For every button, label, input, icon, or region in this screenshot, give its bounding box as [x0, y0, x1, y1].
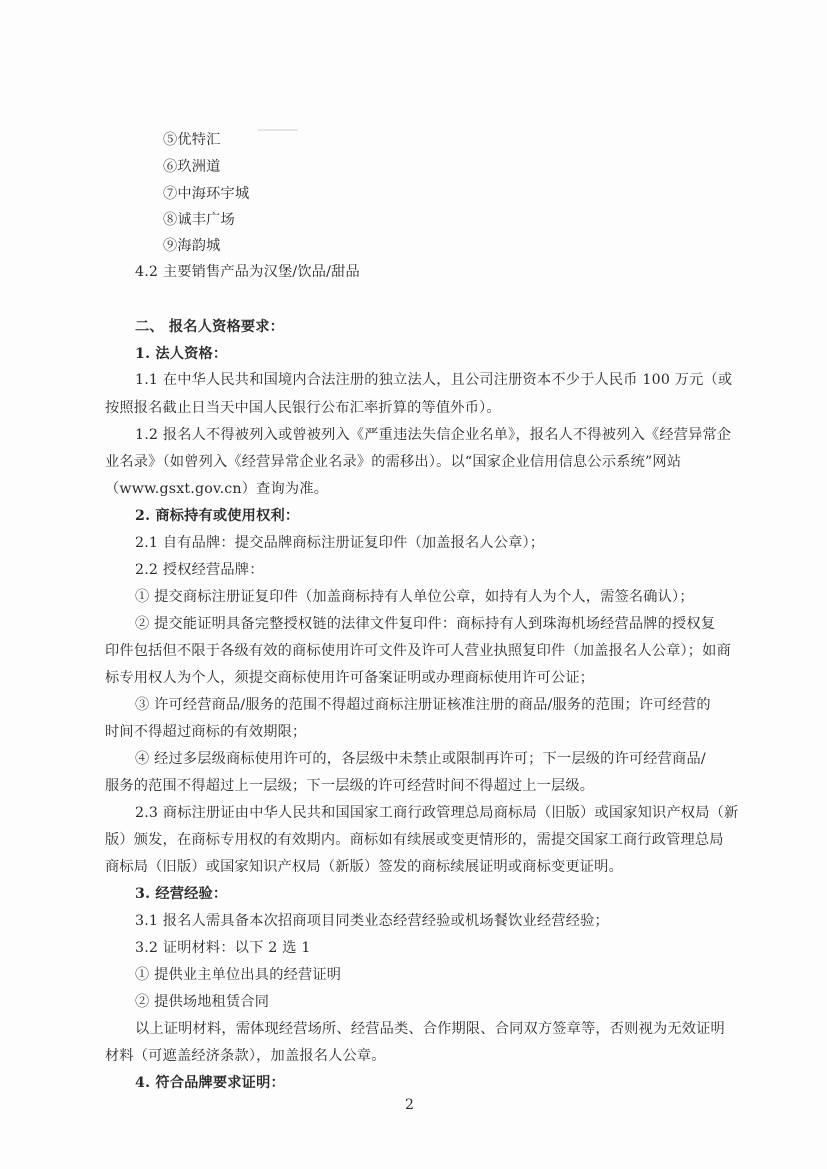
list-item: ⑤优特汇 — [163, 130, 221, 150]
paragraph-1-1-cont: 按照报名截止日当天中国人民银行公布汇率折算的等值外币）。 — [105, 398, 501, 418]
page-number: 2 — [405, 1097, 414, 1113]
scan-artifact — [258, 129, 298, 131]
paragraph-2-2: 2.2 授权经营品牌： — [135, 560, 264, 580]
list-item: ⑦中海环宇城 — [163, 184, 249, 204]
paragraph-3-1: 3.1 报名人需具备本次招商项目同类业态经营经验或机场餐饮业经营经验； — [135, 911, 609, 931]
paragraph-2-2-item-2-cont: 印件包括但不限于各级有效的商标使用许可文件及许可人营业执照复印件（加盖报名人公章… — [105, 641, 731, 661]
paragraph-2-2-item-4-cont: 服务的范围不得超过上一层级；下一层级的许可经营时间不得超过上一层级。 — [105, 776, 594, 796]
paragraph-2-1: 2.1 自有品牌：提交品牌商标注册证复印件（加盖报名人公章）； — [135, 533, 544, 553]
paragraph-1-1: 1.1 在中华人民共和国境内合法注册的独立法人，且公司注册资本不少于人民币 10… — [135, 370, 732, 390]
list-item: ⑧诚丰广场 — [163, 210, 235, 230]
paragraph-2-3-cont: 商标局（旧版）或国家知识产权局（新版）签发的商标续展证明或商标变更证明。 — [105, 857, 623, 877]
paragraph-3-note: 以上证明材料，需体现经营场所、经营品类、合作期限、合同双方签章等，否则视为无效证… — [135, 1019, 725, 1039]
subsection-heading: 1. 法人资格： — [135, 344, 227, 364]
paragraph-3-2-item-1: ① 提供业主单位出具的经营证明 — [135, 965, 341, 985]
paragraph-2-2-item-1: ① 提交商标注册证复印件（加盖商标持有人单位公章，如持有人为个人，需签名确认）； — [135, 587, 694, 607]
paragraph-1-2-cont: （www.gsxt.gov.cn）查询为准。 — [105, 479, 328, 499]
paragraph-4-2: 4.2 主要销售产品为汉堡/饮品/甜品 — [135, 262, 360, 282]
paragraph-2-2-item-3: ③ 许可经营商品/服务的范围不得超过商标注册证核准注册的商品/服务的范围；许可经… — [135, 695, 711, 715]
paragraph-1-2: 1.2 报名人不得被列入或曾被列入《严重违法失信企业名单》，报名人不得被列入《经… — [135, 425, 731, 445]
section-heading: 二、 报名人资格要求： — [135, 317, 284, 337]
paragraph-3-2-item-2: ② 提供场地租赁合同 — [135, 992, 269, 1012]
paragraph-2-2-item-3-cont: 时间不得超过商标的有效期限； — [105, 722, 306, 742]
document-page: ⑤优特汇 ⑥玖洲道 ⑦中海环宇城 ⑧诚丰广场 ⑨海韵城 4.2 主要销售产品为汉… — [0, 0, 827, 1169]
paragraph-2-2-item-4: ④ 经过多层级商标使用许可的，各层级中未禁止或限制再许可；下一层级的许可经营商品… — [135, 749, 706, 769]
subsection-heading: 4. 符合品牌要求证明： — [135, 1073, 285, 1093]
paragraph-1-2-cont: 业名录》（如曾列入《经营异常企业名录》的需移出）。以“国家企业信用信息公示系统”… — [105, 452, 681, 472]
subsection-heading: 2. 商标持有或使用权利： — [135, 506, 299, 526]
list-item: ⑨海韵城 — [163, 236, 221, 256]
list-item: ⑥玖洲道 — [163, 157, 221, 177]
paragraph-3-note-cont: 材料（可遮盖经济条款），加盖报名人公章。 — [105, 1046, 386, 1066]
paragraph-2-2-item-2: ② 提交能证明具备完整授权链的法律文件复印件：商标持有人到珠海机场经营品牌的授权… — [135, 614, 715, 634]
subsection-heading: 3. 经营经验： — [135, 884, 227, 904]
paragraph-3-2: 3.2 证明材料：以下 2 选 1 — [135, 938, 311, 958]
paragraph-2-2-item-2-cont: 标专用权人为个人，须提交商标使用许可备案证明或办理商标使用许可公证； — [105, 668, 594, 688]
paragraph-2-3-cont: 版）颁发，在商标专用权的有效期内。商标如有续展或变更情形的，需提交国家工商行政管… — [105, 830, 724, 850]
paragraph-2-3: 2.3 商标注册证由中华人民共和国国家工商行政管理总局商标局（旧版）或国家知识产… — [135, 803, 738, 823]
